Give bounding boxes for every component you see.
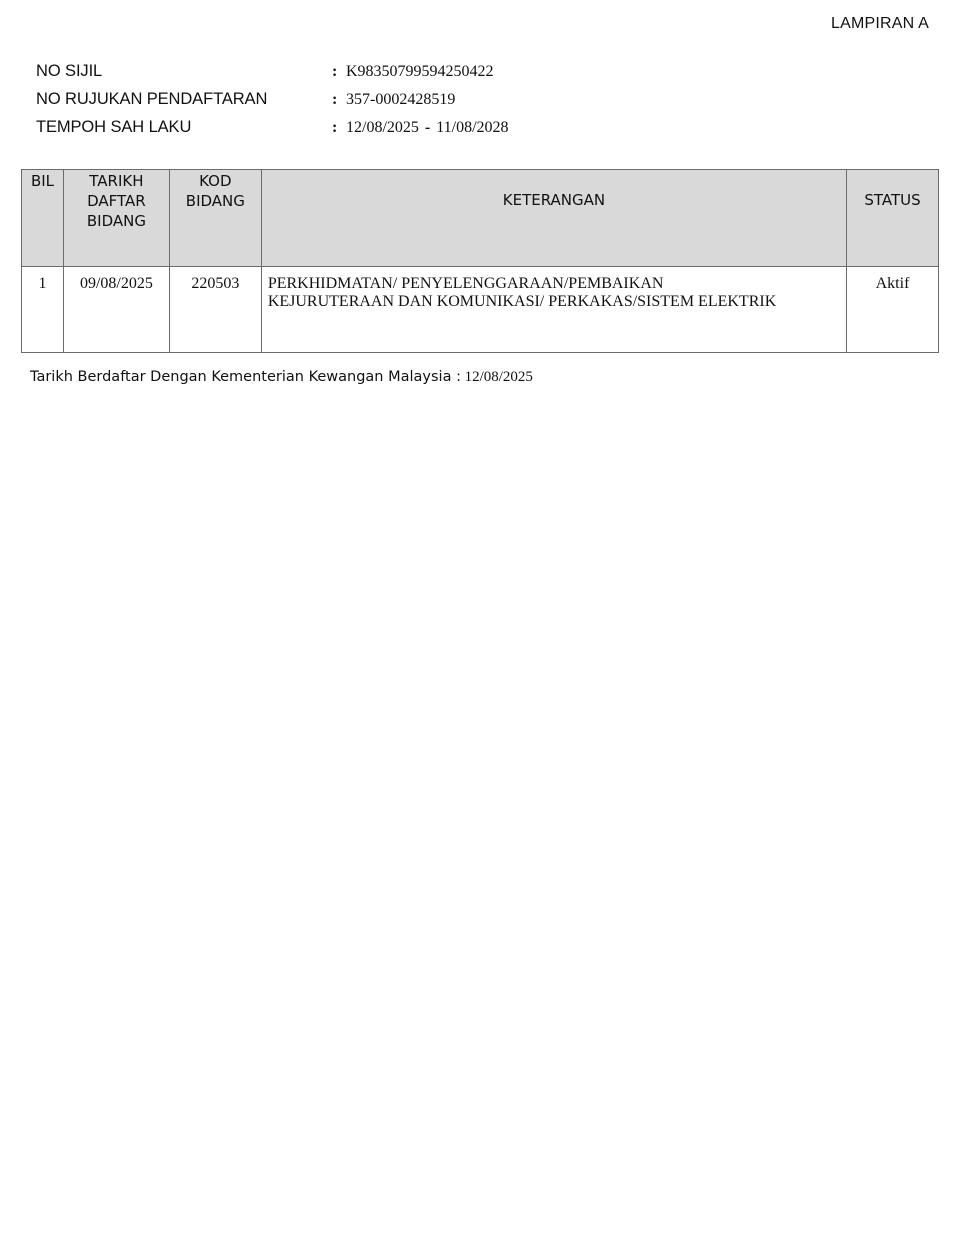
meta-row-no-sijil: NO SIJIL : K98350799594250422 xyxy=(36,62,509,90)
cell-kod: 220503 xyxy=(169,267,261,353)
tempoh-start: 12/08/2025 xyxy=(346,119,419,136)
bidang-table: BIL TARIKH DAFTAR BIDANG KOD BIDANG KETE… xyxy=(21,169,939,353)
certificate-meta: NO SIJIL : K98350799594250422 NO RUJUKAN… xyxy=(36,62,509,146)
no-sijil-value: K98350799594250422 xyxy=(346,63,494,81)
tempoh-value: 12/08/2025-11/08/2028 xyxy=(346,119,509,137)
registration-date-value: 12/08/2025 xyxy=(465,369,533,385)
registration-date-note: Tarikh Berdaftar Dengan Kementerian Kewa… xyxy=(30,369,533,386)
tempoh-label: TEMPOH SAH LAKU xyxy=(36,118,332,137)
cell-keterangan: PERKHIDMATAN/ PENYELENGGARAAN/PEMBAIKAN … xyxy=(261,267,846,353)
header-kod: KOD BIDANG xyxy=(169,170,261,267)
header-bil: BIL xyxy=(22,170,64,267)
no-sijil-label: NO SIJIL xyxy=(36,62,332,81)
header-tarikh-line: DAFTAR xyxy=(66,191,167,211)
tempoh-separator: - xyxy=(425,119,430,136)
cell-status: Aktif xyxy=(847,267,939,353)
cell-tarikh: 09/08/2025 xyxy=(63,267,169,353)
meta-row-tempoh: TEMPOH SAH LAKU : 12/08/2025-11/08/2028 xyxy=(36,118,509,146)
tempoh-end: 11/08/2028 xyxy=(436,119,508,136)
header-tarikh-line: TARIKH xyxy=(66,171,167,191)
keterangan-line: KEJURUTERAAN DAN KOMUNIKASI/ PERKAKAS/SI… xyxy=(268,293,842,311)
header-tarikh: TARIKH DAFTAR BIDANG xyxy=(63,170,169,267)
meta-row-no-rujukan: NO RUJUKAN PENDAFTARAN : 357-0002428519 xyxy=(36,90,509,118)
keterangan-line: PERKHIDMATAN/ PENYELENGGARAAN/PEMBAIKAN xyxy=(268,275,842,293)
header-kod-line: BIDANG xyxy=(172,191,259,211)
colon: : xyxy=(332,119,346,137)
colon: : xyxy=(332,91,346,109)
no-rujukan-value: 357-0002428519 xyxy=(346,91,455,109)
cell-bil: 1 xyxy=(22,267,64,353)
table-header-row: BIL TARIKH DAFTAR BIDANG KOD BIDANG KETE… xyxy=(22,170,939,267)
registration-date-label: Tarikh Berdaftar Dengan Kementerian Kewa… xyxy=(30,369,461,385)
header-keterangan: KETERANGAN xyxy=(261,170,846,267)
no-rujukan-label: NO RUJUKAN PENDAFTARAN xyxy=(36,90,332,109)
header-tarikh-line: BIDANG xyxy=(66,211,167,231)
attachment-label: LAMPIRAN A xyxy=(831,15,929,33)
header-kod-line: KOD xyxy=(172,171,259,191)
table-row: 1 09/08/2025 220503 PERKHIDMATAN/ PENYEL… xyxy=(22,267,939,353)
header-status: STATUS xyxy=(847,170,939,267)
colon: : xyxy=(332,63,346,81)
